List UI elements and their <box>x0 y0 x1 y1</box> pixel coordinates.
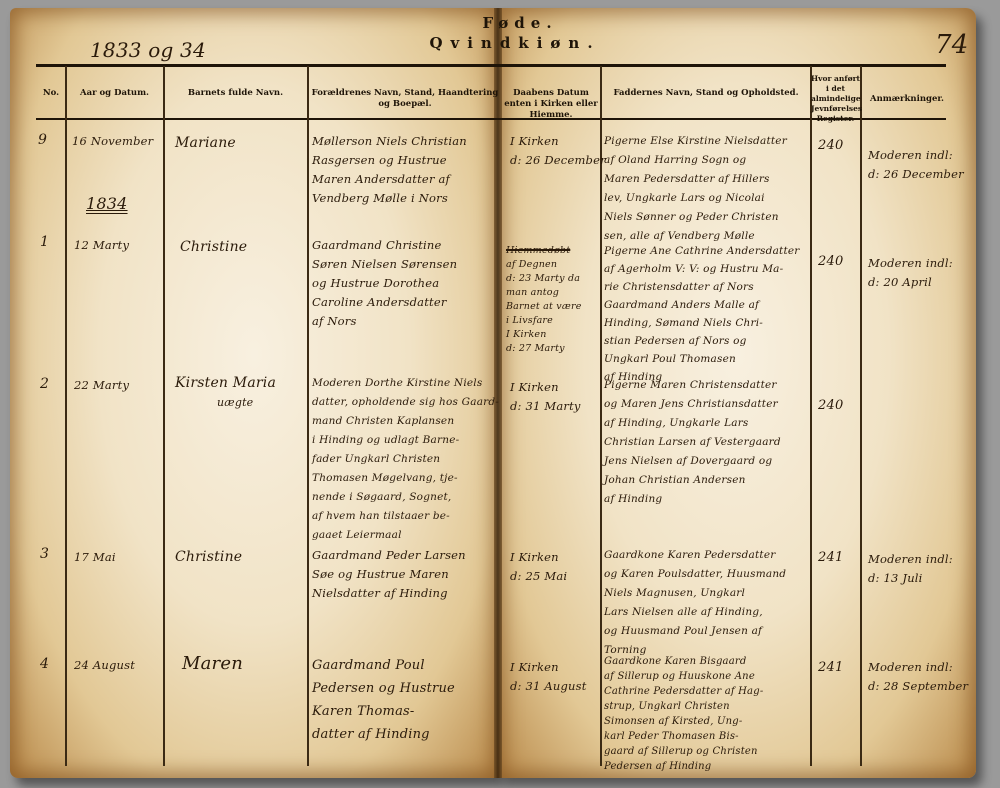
col-header-remarks: Anmærkninger. <box>862 94 952 105</box>
entry-child-name: Maren <box>182 654 243 673</box>
entry-godparents: Pigerne Else Kirstine Nielsdatteraf Olan… <box>604 132 787 246</box>
entry-godparents: Pigerne Ane Cathrine Andersdatteraf Ager… <box>604 242 800 386</box>
entry-no: 3 <box>40 546 49 562</box>
entry-parents: Gaardmand Peder LarsenSøe og Hustrue Mar… <box>312 546 466 603</box>
year-note: 1833 og 34 <box>90 38 206 62</box>
parish-register-spread: 1833 og 34 74 Føde. Qvindkiøn. No. Aar o… <box>10 8 974 778</box>
entry-register: 240 <box>818 252 843 271</box>
entry-godparents: Gaardkone Karen Bisgaardaf Sillerup og H… <box>604 654 763 774</box>
entry-register: 241 <box>818 658 843 677</box>
entry-baptism: I Kirkend: 26 December <box>510 132 606 170</box>
entry-remarks: Moderen indl:d: 13 Juli <box>868 550 953 588</box>
col-header-no: No. <box>36 88 66 99</box>
entry-parents: Gaardmand PoulPedersen og Hustrue Karen … <box>312 654 455 746</box>
entry-parents: Moderen Dorthe Kirstine Nielsdatter, oph… <box>312 374 499 545</box>
entry-register: 240 <box>818 136 843 155</box>
col-header-register: Hvor anført i det almindelige Jevnførels… <box>811 74 860 124</box>
entry-date: 16 November <box>72 132 153 151</box>
entry-baptism: I Kirkend: 31 Marty <box>510 378 581 416</box>
col-header-baptism: Daabens Datum enten i Kirken eller Hiemm… <box>502 88 600 121</box>
col-header-godparents: Faddernes Navn, Stand og Opholdsted. <box>602 88 810 99</box>
entry-child-name: Mariane <box>175 134 236 153</box>
entry-godparents: Pigerne Maren Christensdatterog Maren Je… <box>604 376 781 509</box>
col-rule <box>860 66 862 766</box>
entry-date: 24 August <box>74 656 135 675</box>
year-divider: 1834 <box>86 194 128 213</box>
page-number: 74 <box>935 30 968 60</box>
entry-no: 9 <box>38 132 47 148</box>
col-rule <box>65 66 67 766</box>
entry-date: 12 Marty <box>74 236 129 255</box>
entry-register: 241 <box>818 548 843 567</box>
entry-godparents: Gaardkone Karen Pedersdatterog Karen Pou… <box>604 546 786 660</box>
entry-no: 4 <box>40 656 49 672</box>
entry-child-name: Christine <box>180 238 247 257</box>
entry-baptism: I Kirkend: 31 August <box>510 658 587 696</box>
entry-baptism: Hiemmedøbtaf Degnen d: 23 Marty daman an… <box>506 244 582 356</box>
entry-no: 2 <box>40 376 49 392</box>
col-header-date: Aar og Datum. <box>66 88 163 99</box>
col-rule <box>307 66 309 766</box>
entry-parents: Møllerson Niels ChristianRasgersen og Hu… <box>312 132 467 208</box>
entry-child-name: Christine <box>175 548 242 567</box>
col-header-child: Barnets fulde Navn. <box>164 88 307 99</box>
entry-date: 22 Marty <box>74 376 129 395</box>
col-rule <box>600 66 602 766</box>
entry-child-name: Kirsten Mariauægte <box>175 374 276 412</box>
entry-parents: Gaardmand ChristineSøren Nielsen Sørense… <box>312 236 457 331</box>
col-rule <box>163 66 165 766</box>
entry-remarks: Moderen indl:d: 28 September <box>868 658 968 696</box>
entry-remarks: Moderen indl:d: 20 April <box>868 254 953 292</box>
entry-remarks: Moderen indl:d: 26 December <box>868 146 964 184</box>
entry-date: 17 Mai <box>74 548 116 567</box>
entry-register: 240 <box>818 396 843 415</box>
title-line2: Qvindkiøn. <box>410 34 620 52</box>
title-line1: Føde. <box>440 14 600 32</box>
col-header-parents: Forældrenes Navn, Stand, Haandtering og … <box>310 88 500 110</box>
entry-no: 1 <box>40 234 49 250</box>
col-rule <box>810 66 812 766</box>
entry-baptism: I Kirkend: 25 Mai <box>510 548 567 586</box>
